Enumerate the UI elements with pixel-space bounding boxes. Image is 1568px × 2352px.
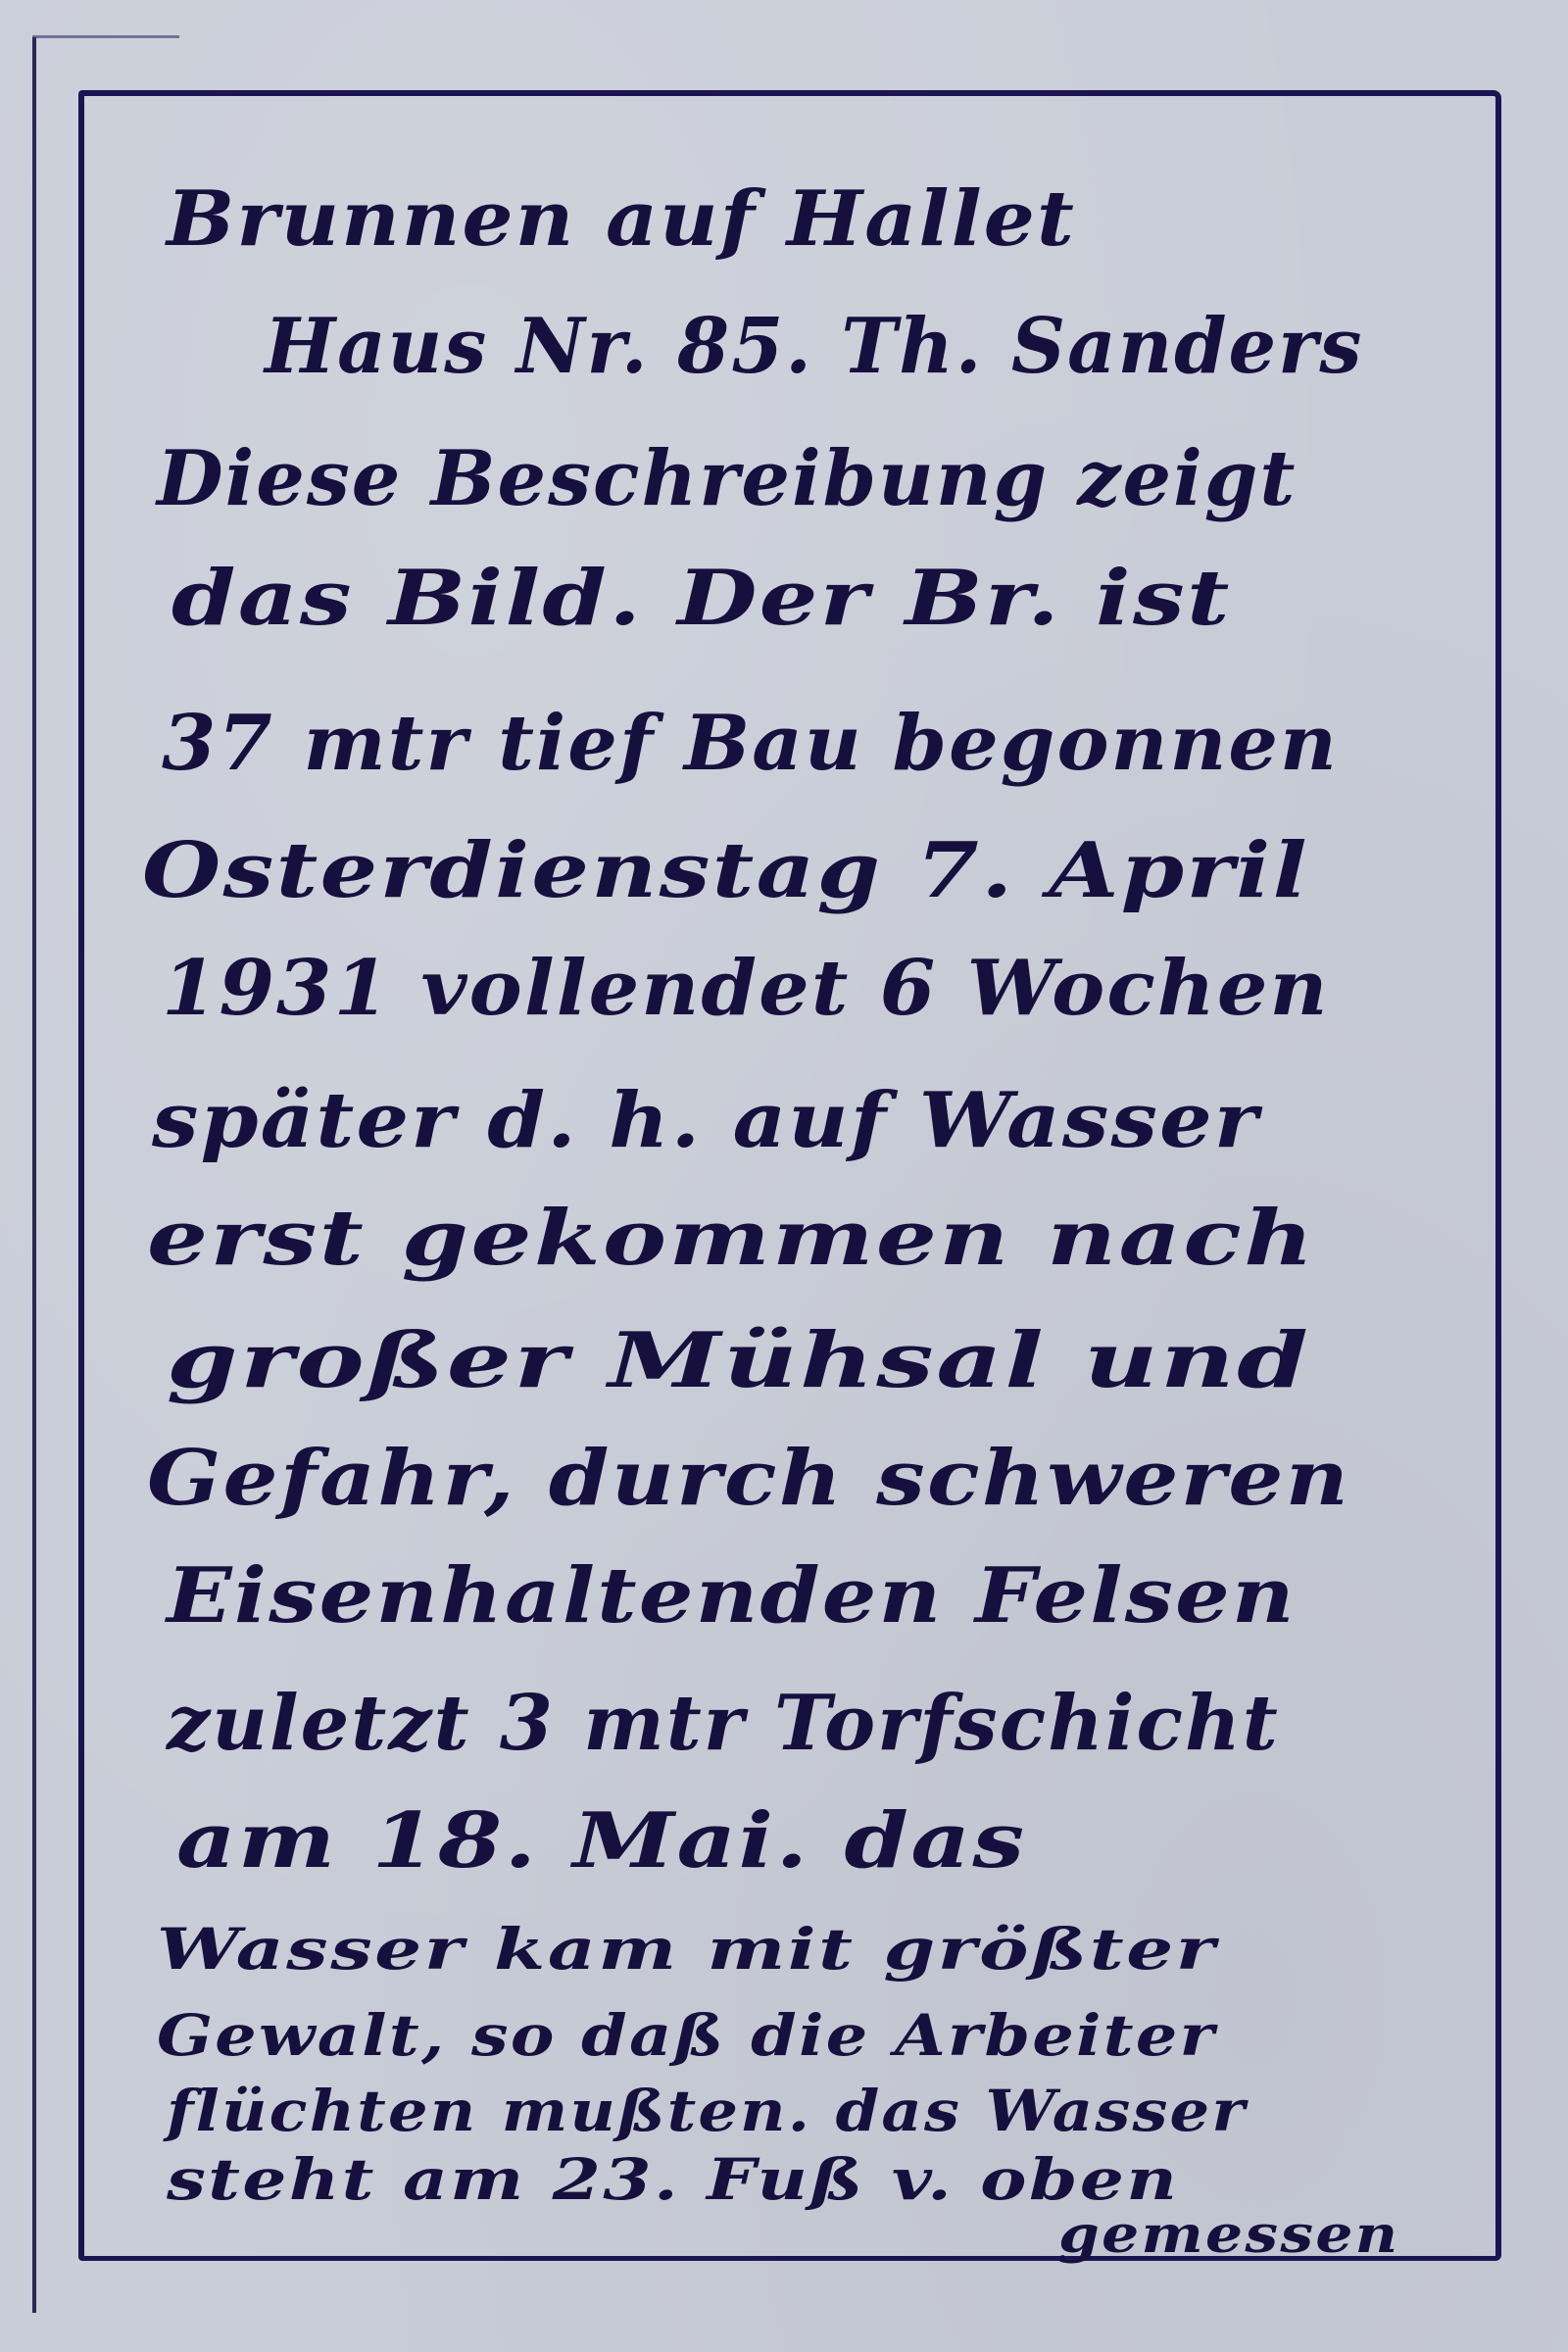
text-line: Diese Beschreibung zeigt xyxy=(157,441,1297,517)
text-line: Haus Nr. 85. Th. Sanders xyxy=(265,309,1363,385)
text-line: Gefahr, durch schweren xyxy=(147,1441,1350,1517)
text-line: großer Mühsal und xyxy=(167,1323,1310,1399)
text-line: Eisenhaltenden Felsen xyxy=(167,1558,1297,1635)
text-line: gemessen xyxy=(1058,2210,1399,2261)
text-line: Wasser kam mit größter xyxy=(157,1921,1217,1978)
text-line: flüchten mußten. das Wasser xyxy=(167,2082,1247,2139)
text-line: 37 mtr tief Bau begonnen xyxy=(162,706,1339,782)
text-line: das Bild. Der Br. ist xyxy=(171,561,1232,637)
text-line: 1931 vollendet 6 Wochen xyxy=(162,951,1330,1027)
text-line: Osterdienstag 7. April xyxy=(142,833,1309,909)
text-line: Brunnen auf Hallet xyxy=(167,181,1076,258)
text-line: steht am 23. Fuß v. oben xyxy=(167,2151,1179,2208)
text-line: Gewalt, so daß die Arbeiter xyxy=(157,2007,1216,2064)
text-line: erst gekommen nach xyxy=(147,1200,1316,1277)
text-line: zuletzt 3 mtr Torfschicht xyxy=(167,1686,1280,1762)
handwritten-text: Brunnen auf Hallet Haus Nr. 85. Th. Sand… xyxy=(0,0,1568,2352)
text-line: am 18. Mai. das xyxy=(176,1803,1026,1880)
text-line: später d. h. auf Wasser xyxy=(152,1083,1259,1159)
